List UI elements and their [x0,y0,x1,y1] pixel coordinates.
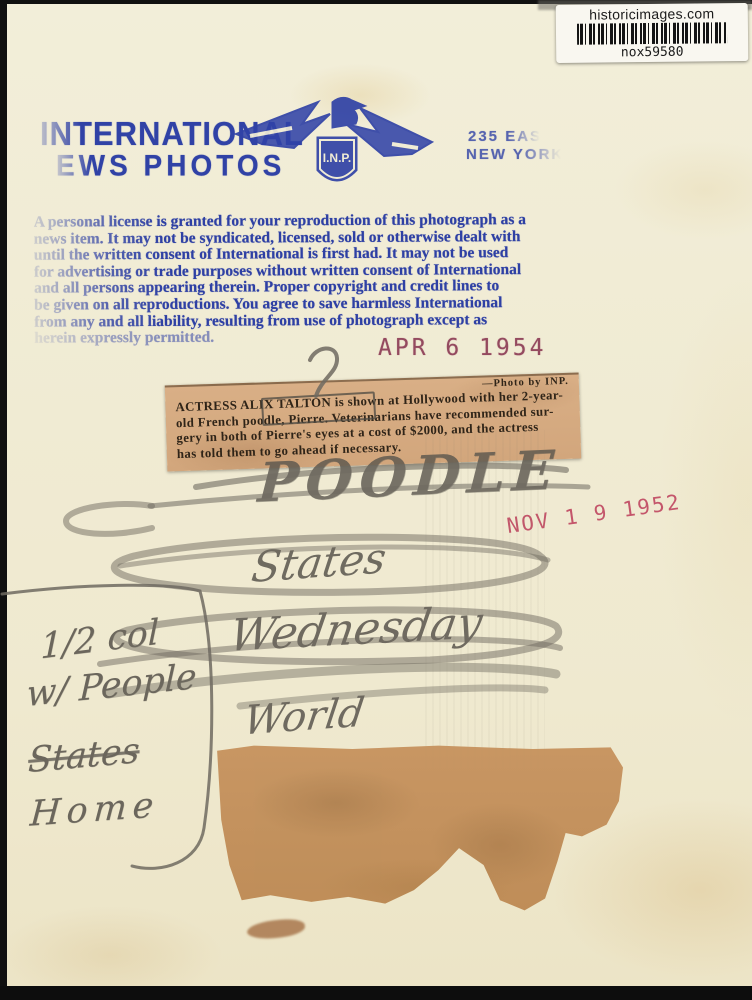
paper-streaks [425,430,545,770]
handwritten-word-states: States [249,533,390,592]
archive-site-text: historicimages.com [589,5,714,22]
inp-eagle-logo-icon: I.N.P. [232,92,437,200]
small-stain [246,918,305,940]
margin-note-line: Home [29,785,161,834]
archive-code-text: nox59580 [621,45,684,61]
agency-address-line1: 235 EAS [468,128,542,145]
photo-verso-scan: historicimages.com nox59580 INTERNATIONA… [0,0,752,1000]
margin-note-line: 1/2 col [40,613,159,668]
barcode-icon [577,22,727,45]
glue-stain [213,744,623,912]
license-line: herein expressly permitted. [34,328,649,348]
license-text-stamp: A personal license is granted for your r… [34,211,650,347]
agency-address-line2: NEW YORK [466,146,564,163]
date-stamp-1954: APR 6 1954 [378,335,546,361]
scan-edge-bottom [0,986,752,1000]
margin-note-line: States [27,731,140,781]
inp-shield-text: I.N.P. [323,151,351,165]
scan-edge-left [0,0,7,1000]
archive-barcode-label: historicimages.com nox59580 [556,3,749,63]
handwritten-word-world: World [241,690,367,745]
